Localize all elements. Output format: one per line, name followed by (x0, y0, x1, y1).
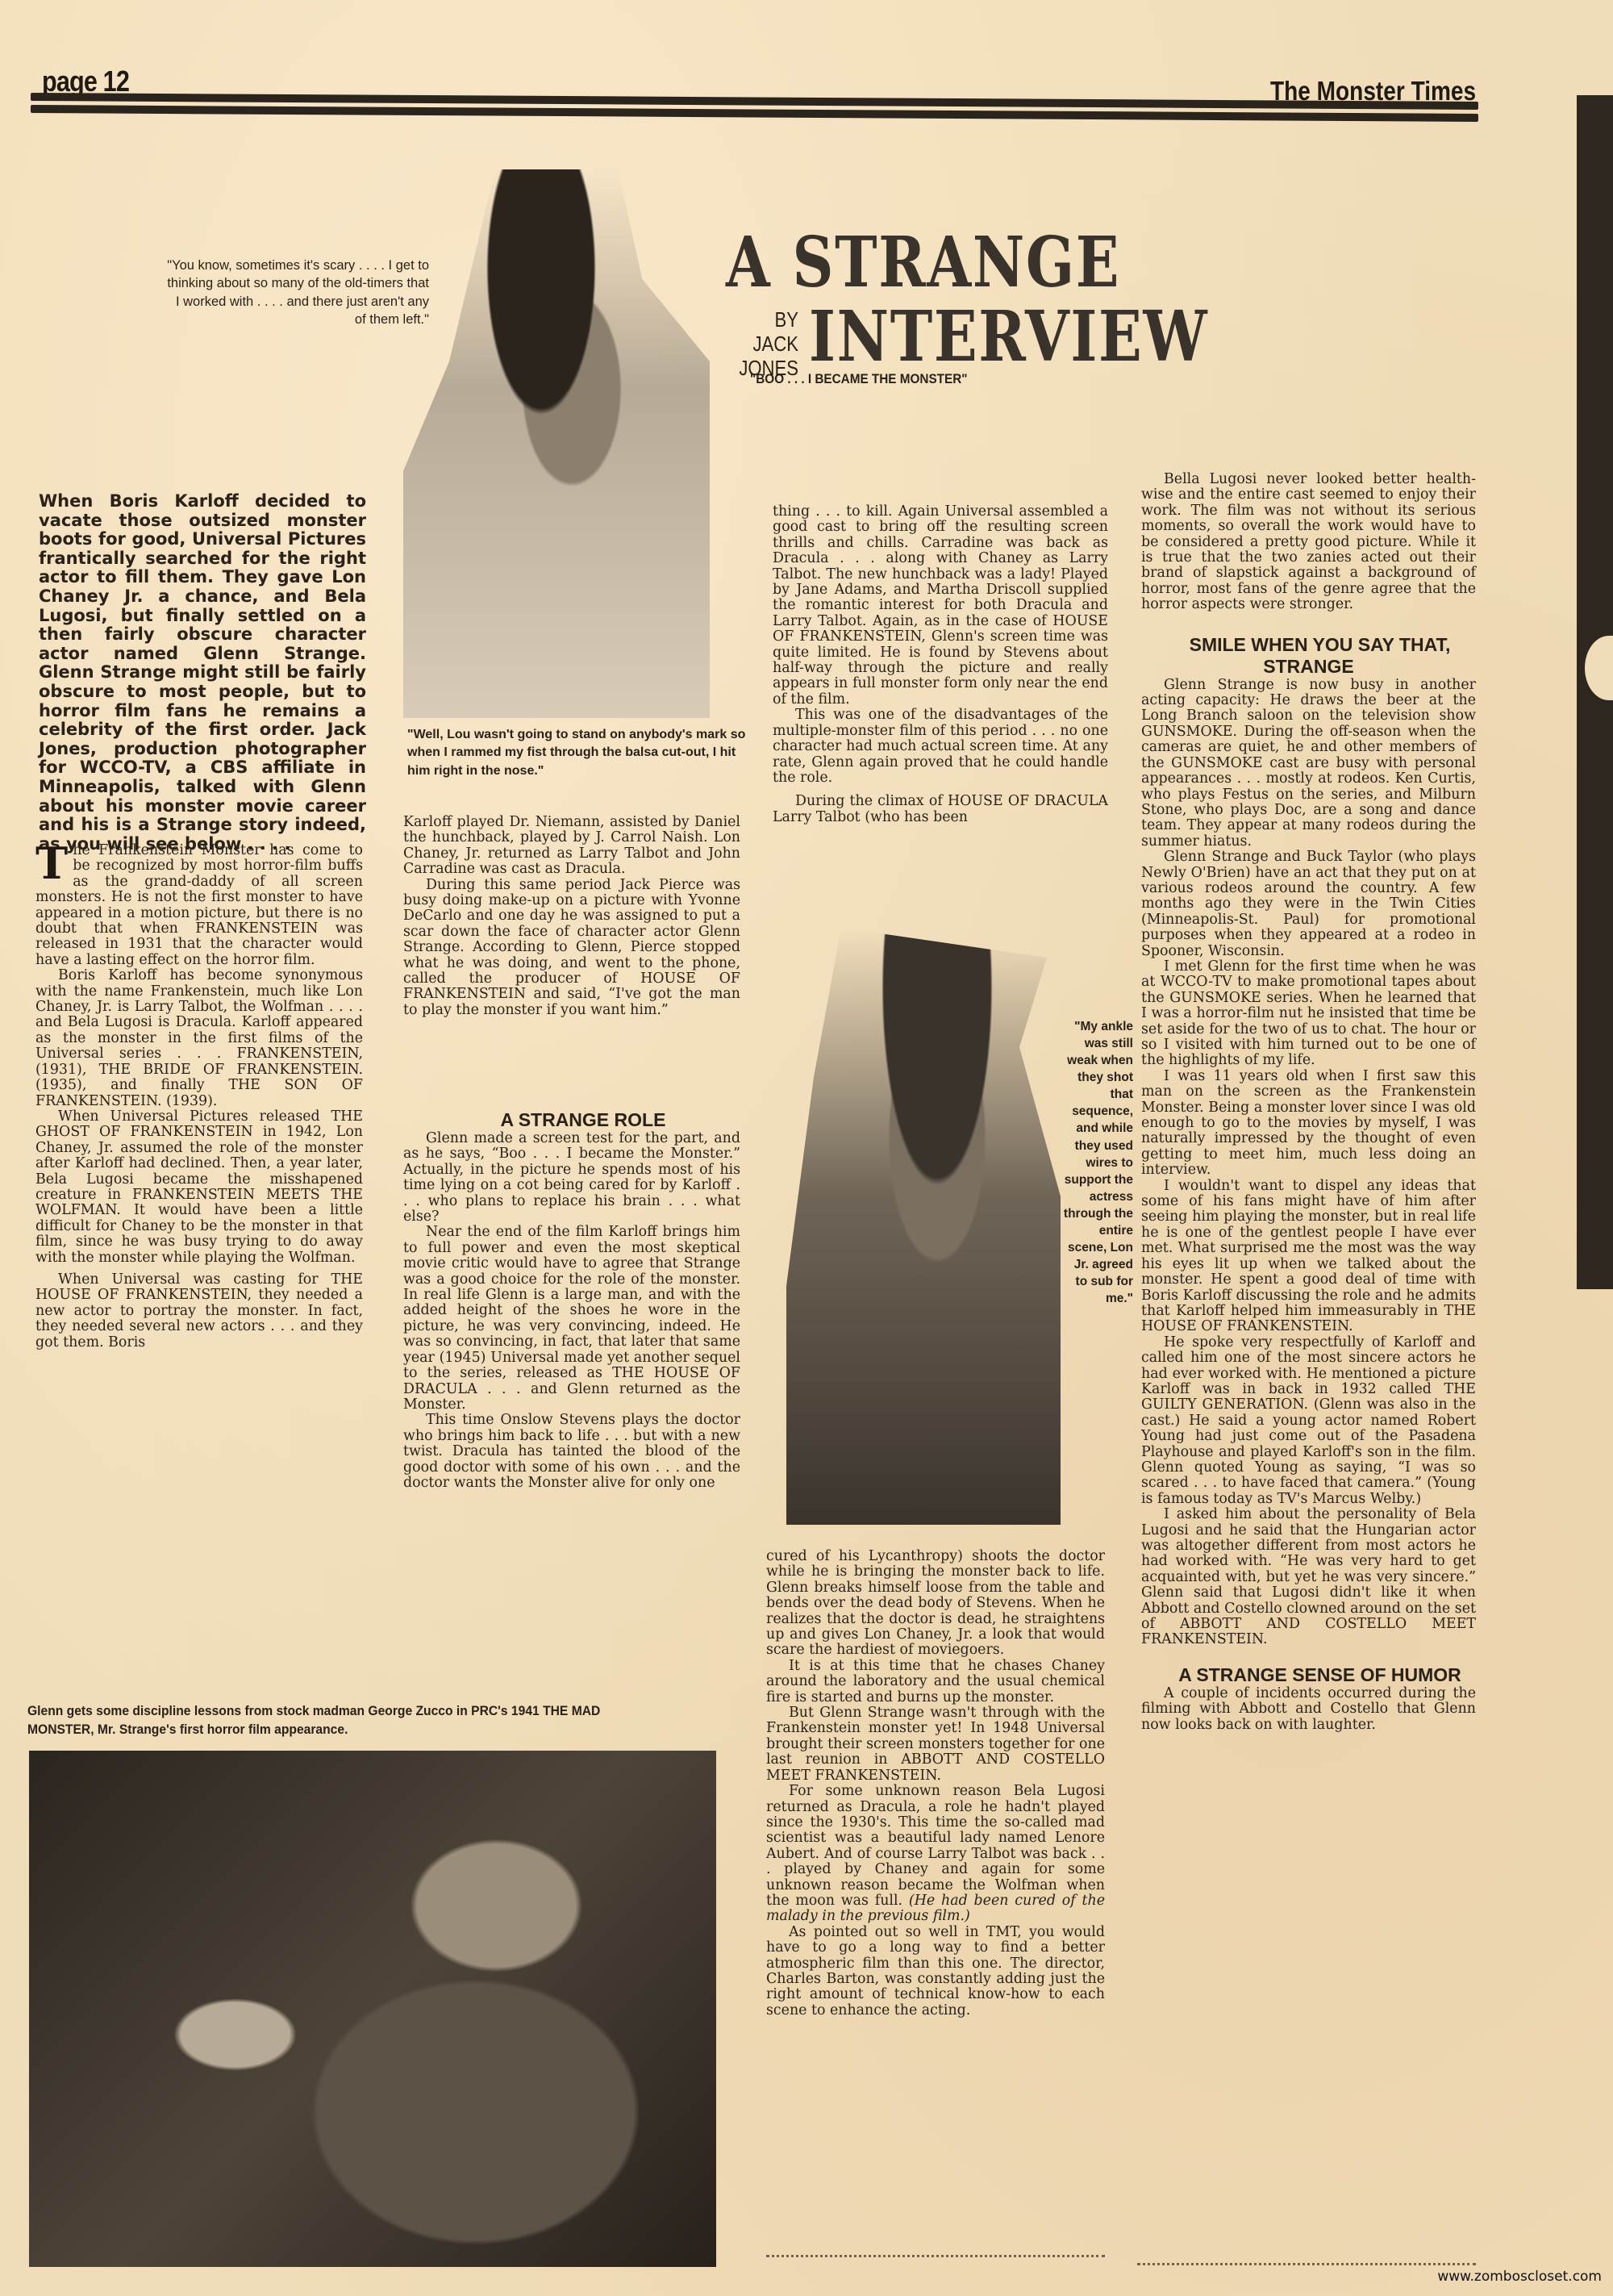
byline: BY JACK JONES (730, 308, 798, 381)
caption-top-photo: "Well, Lou wasn't going to stand on anyb… (407, 726, 750, 780)
paragraph: This was one of the disadvantages of the… (773, 708, 1108, 786)
paragraph: Glenn Strange and Buck Taylor (who plays… (1141, 850, 1476, 959)
column-2-bottom: A STRANGE ROLE Glenn made a screen test … (403, 1109, 740, 1491)
column-end-rule (1137, 2261, 1476, 2265)
caption-side-photo: "My ankle was still weak when they shot … (1061, 1018, 1133, 1307)
pull-quote: "You know, sometimes it's scary . . . . … (161, 257, 429, 328)
paragraph: Near the end of the film Karloff brings … (403, 1225, 740, 1413)
paragraph: I was 11 years old when I first saw this… (1141, 1069, 1476, 1179)
column-4: Bella Lugosi never looked better health-… (1141, 472, 1476, 1733)
photo-glenn-strange-portrait (403, 169, 710, 718)
headline-line-1: A STRANGE (726, 228, 1120, 298)
subhead-a-strange-sense-of-humor: A STRANGE SENSE OF HUMOR (1141, 1664, 1476, 1686)
paragraph: A couple of incidents occurred during th… (1141, 1686, 1476, 1733)
paragraph: When Universal Pictures released THE GHO… (35, 1109, 363, 1266)
subheadline: "BOO . . . I BECAME THE MONSTER" (750, 371, 968, 387)
column-2-top: Karloff played Dr. Niemann, assisted by … (403, 815, 740, 1018)
intro-paragraph: When Boris Karloff decided to vacate tho… (39, 492, 366, 854)
drop-cap: T (35, 846, 68, 880)
column-3-bottom: cured of his Lycanthropy) shoots the doc… (766, 1549, 1105, 2018)
paragraph: I met Glenn for the first time when he w… (1141, 959, 1476, 1069)
subhead-smile-when-you-say-that: SMILE WHEN YOU SAY THAT, STRANGE (1141, 634, 1476, 678)
paragraph: During the climax of HOUSE OF DRACULA La… (773, 794, 1108, 825)
adjacent-page-edge (1577, 95, 1613, 1289)
paragraph: thing . . . to kill. Again Universal ass… (773, 504, 1108, 708)
subhead-a-strange-role: A STRANGE ROLE (403, 1109, 740, 1131)
caption-bottom-photo: Glenn gets some discipline lessons from … (27, 1702, 665, 1739)
paragraph: This time Onslow Stevens plays the docto… (403, 1413, 740, 1491)
paragraph: It is at this time that he chases Chaney… (766, 1659, 1105, 1705)
paragraph: Boris Karloff has become synonymous with… (35, 968, 363, 1109)
paragraph: During this same period Jack Pierce was … (403, 878, 740, 1019)
paragraph: Glenn Strange is now busy in another act… (1141, 678, 1476, 850)
column-1: The Frankenstein Monster has come to be … (35, 843, 363, 1350)
photo-the-mad-monster-still (29, 1751, 716, 2267)
paragraph: For some unknown reason Bela Lugosi retu… (766, 1784, 1105, 1925)
paragraph: Karloff played Dr. Niemann, assisted by … (403, 815, 740, 878)
paragraph: He spoke very respectfully of Karloff an… (1141, 1335, 1476, 1507)
paragraph: As pointed out so well in TMT, you would… (766, 1925, 1105, 2018)
paragraph: I asked him about the personality of Bel… (1141, 1507, 1476, 1648)
paragraph: I wouldn't want to dispel any ideas that… (1141, 1179, 1476, 1335)
paragraph: Bella Lugosi never looked better health-… (1141, 472, 1476, 613)
paragraph-lead: The Frankenstein Monster has come to be … (35, 843, 363, 968)
headline-line-2: INTERVIEW (809, 303, 1208, 372)
byline-line-1: BY JACK (730, 308, 798, 357)
paragraph: But Glenn Strange wasn't through with th… (766, 1705, 1105, 1784)
source-watermark: www.zomboscloset.com (1437, 2269, 1602, 2285)
paragraph: When Universal was casting for THE HOUSE… (35, 1272, 363, 1350)
photo-glenn-strange-profile (786, 928, 1061, 1525)
column-3-top: thing . . . to kill. Again Universal ass… (773, 504, 1108, 825)
paragraph: Glenn made a screen test for the part, a… (403, 1131, 740, 1225)
paragraph: cured of his Lycanthropy) shoots the doc… (766, 1549, 1105, 1659)
column-end-rule (766, 2252, 1105, 2257)
